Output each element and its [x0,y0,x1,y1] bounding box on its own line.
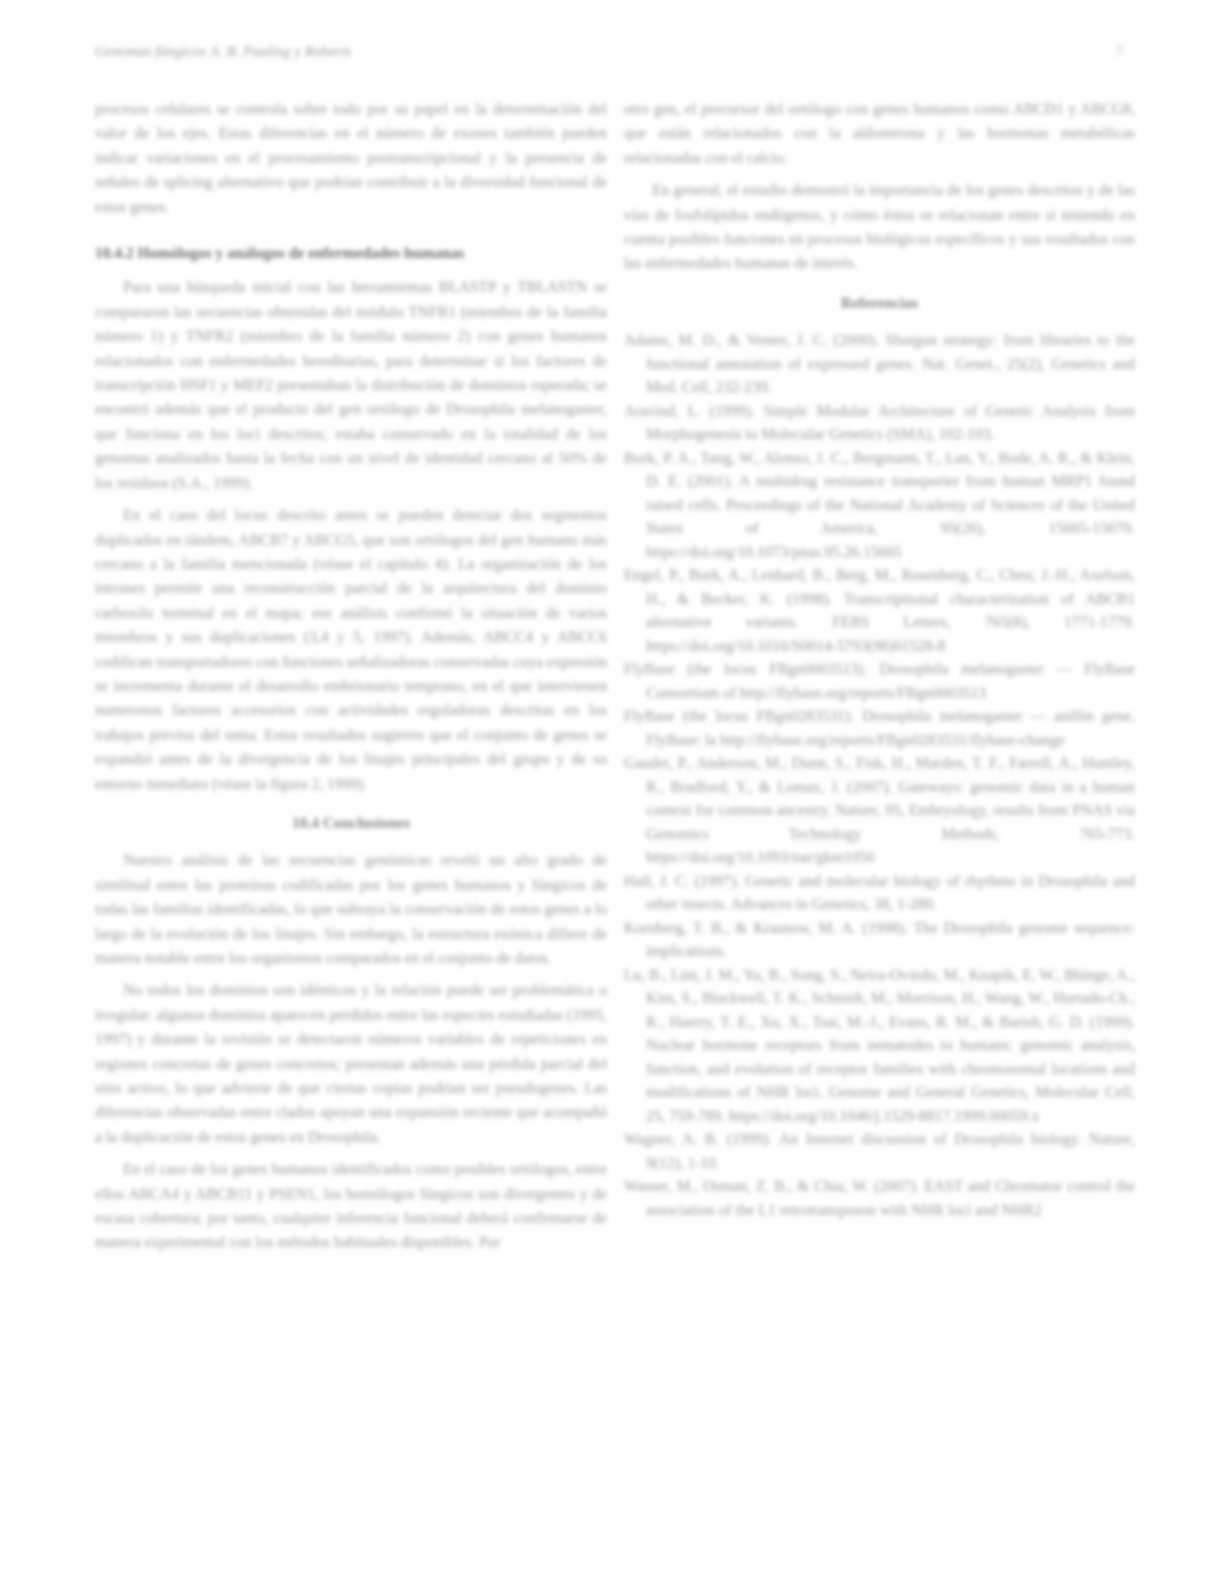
body-paragraph: Para una búsqueda inicial con las herram… [95,276,607,496]
reference-entry: Bork, P. A., Tang, W., Alonso, J. C., Be… [624,447,1135,565]
body-paragraph: En el caso de los genes humanos identifi… [95,1158,607,1256]
reference-entry: Wagner, A. B. (1999). An Internet discus… [624,1128,1135,1175]
reference-entry: Adams, M. D., & Venter, J. C. (2000). Sh… [624,329,1135,400]
body-paragraph: procesos celulares se controla sobre tod… [95,98,607,220]
scanned-paper-page: Genomas fúngicos A. B. Pauling y Roberts… [0,0,1224,1584]
reference-entry: FlyBase (the locus FBgn0283531). Drosoph… [624,705,1135,752]
reference-entry: Aravind, L. (1999). Simple Modular Archi… [624,400,1135,447]
page-number: 7 [1116,44,1124,61]
reference-entry: FlyBase (the locus FBgn0003513). Drosoph… [624,658,1135,705]
right-column: otro gen, el precursor del ortólogo con … [624,98,1135,1222]
running-title: Genomas fúngicos A. B. Pauling y Roberts [95,44,495,61]
section-heading: Referencias [624,292,1135,316]
body-paragraph: otro gen, el precursor del ortólogo con … [624,98,1135,171]
reference-entry: Gaudet, P., Anderson, M., Dunn, S., Fisk… [624,752,1135,870]
body-paragraph: No todos los dominios son idénticos y la… [95,979,607,1150]
body-paragraph: Nuestro análisis de las secuencias genóm… [95,849,607,971]
reference-entry: Kornberg, T. B., & Krasnow, M. A. (1998)… [624,917,1135,964]
left-column: procesos celulares se controla sobre tod… [95,98,607,1264]
body-paragraph: En el caso del locus descrito antes se p… [95,504,607,797]
reference-entry: Hall, J. C. (1997). Genetic and molecula… [624,870,1135,917]
body-paragraph: En general, el estudio demostró la impor… [624,179,1135,277]
section-heading: 10.4 Conclusiones [95,812,607,836]
reference-entry: Engel, P., Bork, A., Lenhard, B., Berg, … [624,564,1135,658]
reference-entry: Lu, B., Lim, J. M., Yu, B., Song, S., Ne… [624,964,1135,1129]
subsection-heading: 10.4.2 Homólogos y análogos de enfermeda… [95,242,607,266]
reference-entry: Wasser, M., Osman, Z. B., & Chia, W. (20… [624,1175,1135,1222]
